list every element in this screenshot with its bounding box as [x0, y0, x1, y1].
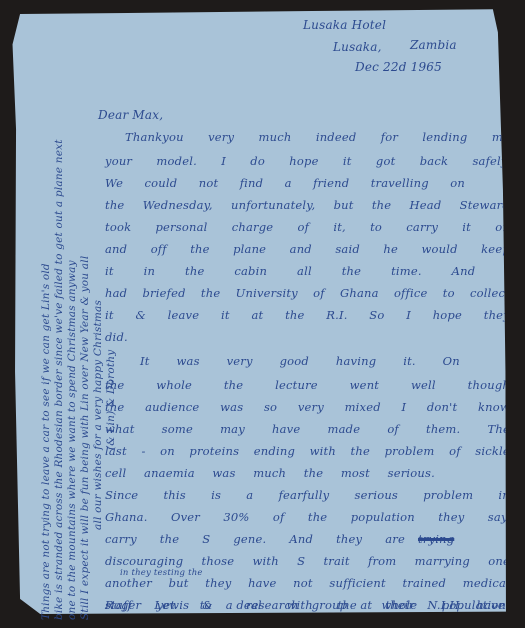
body-line: yourmodel.Idohopeitgotbacksafely.: [105, 154, 510, 168]
body-line: discouragingthosewithStraitfrommarryingo…: [105, 554, 510, 568]
margin-note-line: Things are not trying to leave a car to …: [40, 20, 53, 620]
body-line: hadbriefedtheUniversityofGhanaofficetoco…: [105, 286, 510, 300]
body-line: Thankyouverymuchindeedforlendingme: [125, 130, 510, 144]
address-country: Zambia: [410, 38, 457, 52]
margin-note: Things are not trying to leave a car to …: [40, 20, 118, 620]
body-line: anotherbuttheyhavenotsufficienttrainedme…: [105, 576, 510, 590]
body-line: did.: [105, 330, 510, 344]
body-line: whatsomemayhavemadeofthem.The: [105, 422, 510, 436]
body-line: Sincethisisafearfullyseriousproblemin: [105, 488, 510, 502]
body-line: RogerLewis&aresearchgroupattheirN.I.H.ha…: [105, 598, 505, 612]
body-line: theWednesday,unfortunately,buttheHeadSte…: [105, 198, 510, 212]
address-line-1: Lusaka Hotel: [303, 18, 386, 32]
struck-word: trying: [418, 532, 454, 546]
body-line: andofftheplaneandsaidhewouldkeep: [105, 242, 510, 256]
address-city: Lusaka,: [333, 40, 382, 54]
margin-note-line: one to the mountains where we want to sp…: [66, 20, 79, 620]
body-line: Ghana.Over30%ofthepopulationtheysay,: [105, 510, 510, 524]
body-line: itinthecabinallthetime.AndI: [105, 264, 510, 278]
body-line: Itwasverygoodhavingit.On: [140, 354, 460, 368]
body-line: thewholethelecturewentwellthough: [105, 378, 510, 392]
body-line: cellanaemiawasmuchthemostserious.: [105, 466, 435, 480]
body-line: it&leaveitattheR.I.SoIhopethey: [105, 308, 510, 322]
body-line: last-onproteinsendingwiththeproblemofsic…: [105, 444, 510, 458]
margin-note-line: all our wishes for a very happy Christma…: [92, 20, 105, 620]
body-line: carrytheSgene.Andtheyare: [105, 532, 405, 546]
body-line: theaudiencewassoverymixedIdon'tknow: [105, 400, 510, 414]
letter-date: Dec 22d 1965: [355, 60, 442, 74]
margin-note-line: Still I expect it will be fun being with…: [79, 20, 92, 620]
margin-note-line: bike is stranded across the Rhodesian bo…: [53, 20, 66, 620]
body-line: tookpersonalchargeofit,tocarryiton: [105, 220, 510, 234]
margin-note-line: (& Lin) & Dorothy: [105, 20, 118, 620]
body-line: Wecouldnotfindafriendtravellingon: [105, 176, 465, 190]
